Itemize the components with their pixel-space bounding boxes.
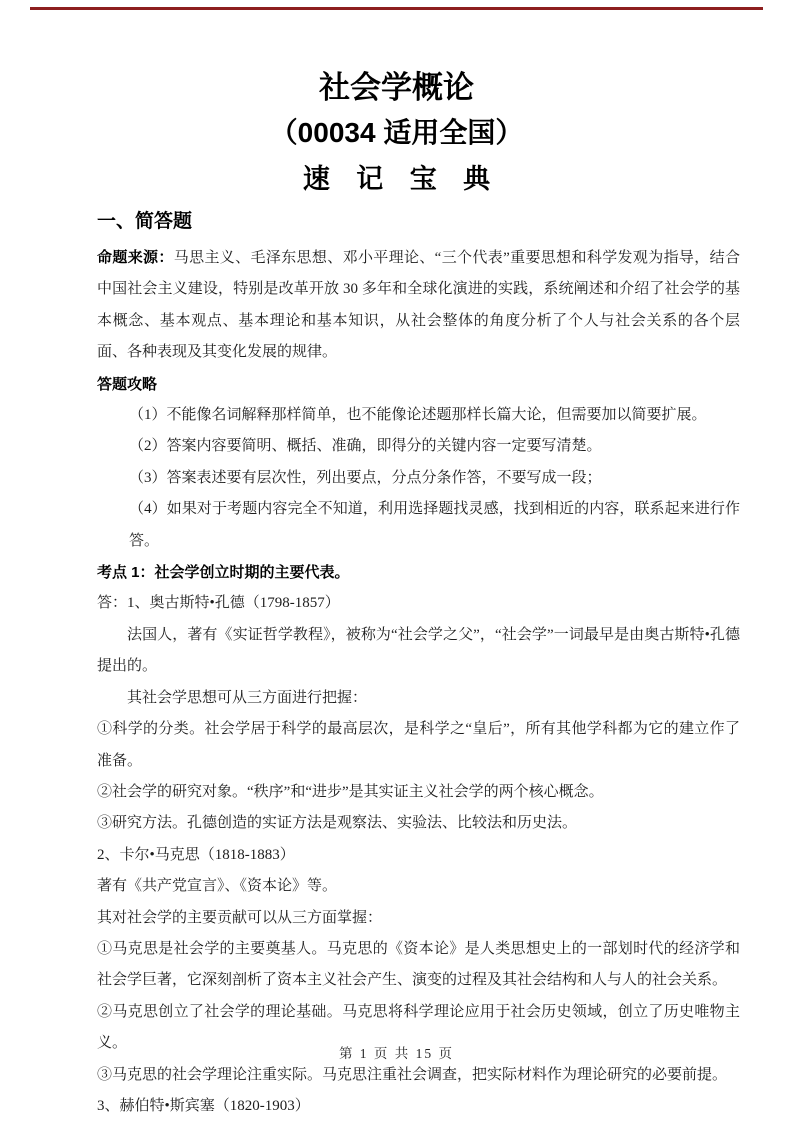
answer-line: ③研究方法。孔德创造的实证方法是观察法、实验法、比较法和历史法。 [97, 808, 740, 839]
top-red-rule [30, 7, 763, 10]
origin-text: 马思主义、毛泽东思想、邓小平理论、“三个代表”重要思想和科学发观为指导，结合中国… [97, 250, 740, 360]
answer-line: 其社会学思想可从三方面进行把握： [97, 683, 740, 714]
kaodian-heading: 考点 1：社会学创立时期的主要代表。 [97, 557, 740, 588]
page-content: 一、简答题 命题来源：马思主义、毛泽东思想、邓小平理论、“三个代表”重要思想和科… [97, 209, 740, 1122]
answer-line: 著有《共产党宣言》、《资本论》等。 [97, 871, 740, 902]
answer-line: ③马克思的社会学理论注重实际。马克思注重社会调查，把实际材料作为理论研究的必要前… [97, 1060, 740, 1091]
answer-line: 法国人，著有《实证哲学教程》，被称为“社会学之父”，“社会学”一词最早是由奥古斯… [97, 620, 740, 683]
document-page: 社会学概论 （00034 适用全国） 速 记 宝 典 一、简答题 命题来源：马思… [0, 0, 793, 1122]
strategy-heading: 答题攻略 [97, 369, 740, 400]
page-number: 第 1 页 共 15 页 [0, 1042, 793, 1062]
answer-line: 答：1、奥古斯特•孔德（1798-1857） [97, 588, 740, 619]
answer-line: ①科学的分类。社会学居于科学的最高层次，是科学之“皇后”，所有其他学科都为它的建… [97, 714, 740, 777]
course-code: （00034 适用全国） [0, 110, 793, 156]
course-title: 社会学概论 [0, 66, 793, 110]
answer-line: ①马克思是社会学的主要奠基人。马克思的《资本论》是人类思想史上的一部划时代的经济… [97, 934, 740, 997]
section-heading: 一、简答题 [97, 209, 740, 235]
strategy-item: （1）不能像名词解释那样简单，也不能像论述题那样长篇大论，但需要加以简要扩展。 [97, 400, 740, 431]
answer-line: 2、卡尔•马克思（1818-1883） [97, 840, 740, 871]
answer-line: ②社会学的研究对象。“秩序”和“进步”是其实证主义社会学的两个核心概念。 [97, 777, 740, 808]
strategy-item: （2）答案内容要简明、概括、准确，即得分的关键内容一定要写清楚。 [97, 431, 740, 462]
title-block: 社会学概论 （00034 适用全国） 速 记 宝 典 [0, 0, 793, 202]
origin-label: 命题来源： [97, 249, 174, 266]
origin-paragraph: 命题来源：马思主义、毛泽东思想、邓小平理论、“三个代表”重要思想和科学发观为指导… [97, 242, 740, 369]
answer-line: 其对社会学的主要贡献可以从三方面掌握： [97, 903, 740, 934]
booklet-title: 速 记 宝 典 [9, 156, 793, 202]
strategy-item: （4）如果对于考题内容完全不知道，利用选择题找灵感，找到相近的内容，联系起来进行… [97, 494, 740, 557]
answer-line: 3、赫伯特•斯宾塞（1820-1903） [97, 1091, 740, 1122]
strategy-item: （3）答案表述要有层次性，列出要点，分点分条作答，不要写成一段； [97, 463, 740, 494]
